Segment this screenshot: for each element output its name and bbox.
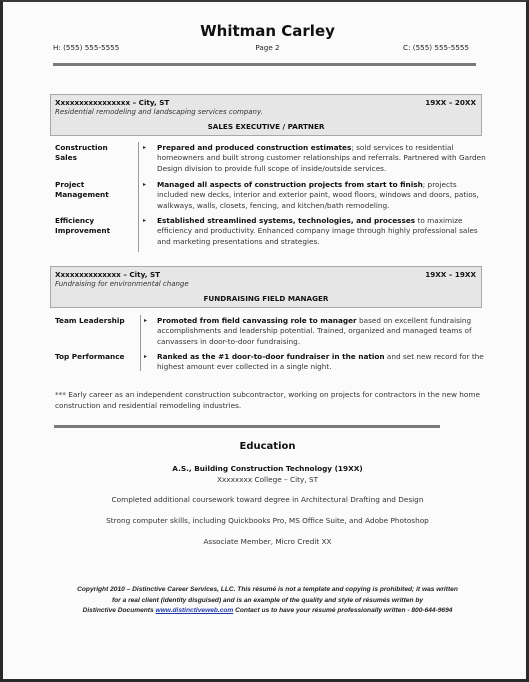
school: Xxxxxxxx College – City, ST (3, 475, 529, 484)
accomplishment-label: Construction Sales (55, 143, 135, 164)
bullet-arrow-icon: ▸ (143, 216, 146, 226)
footer-line: Copyright 2010 – Distinctive Career Serv… (3, 585, 529, 596)
bullet-arrow-icon: ▸ (143, 143, 146, 153)
employer: Xxxxxxxxxxxxxxxx – City, ST (55, 98, 169, 107)
job-header-sales-executive: Xxxxxxxxxxxxxxxx – City, ST 19XX – 20XX … (50, 94, 482, 136)
accomplishment-text: Ranked as the #1 door-to-door fundraiser… (157, 352, 487, 373)
accomplishment-label: Top Performance (55, 352, 145, 362)
job-title: FUNDRAISING FIELD MANAGER (51, 294, 481, 303)
early-career-note: *** Early career as an independent const… (55, 390, 485, 411)
job-dates: 19XX – 20XX (425, 98, 476, 107)
accomplishment-headline: Established streamlined systems, technol… (157, 216, 415, 225)
accomplishment-label: Team Leadership (55, 316, 145, 326)
accomplishment-label: Efficiency Improvement (55, 216, 135, 237)
footer-line: for a real client (identity disguised) a… (3, 596, 529, 607)
job-header-fundraising-manager: Xxxxxxxxxxxxxx – City, ST 19XX – 19XX Fu… (50, 266, 482, 308)
bullet-arrow-icon: ▸ (144, 316, 147, 326)
accomplishment-headline: Promoted from field canvassing role to m… (157, 316, 357, 325)
company-description: Fundraising for environmental change (55, 280, 189, 288)
section-divider-vertical (138, 142, 139, 252)
accomplishment-headline: Prepared and produced construction estim… (157, 143, 351, 152)
employer: Xxxxxxxxxxxxxx – City, ST (55, 270, 160, 279)
bullet-arrow-icon: ▸ (144, 352, 147, 362)
label-line: Improvement (55, 226, 135, 236)
accomplishment-text: Promoted from field canvassing role to m… (157, 316, 487, 347)
label-line: Project (55, 180, 135, 190)
cell-phone: C: (555) 555-5555 (403, 43, 469, 52)
job-title: SALES EXECUTIVE / PARTNER (51, 122, 481, 131)
label-line: Management (55, 190, 135, 200)
accomplishment-headline: Ranked as the #1 door-to-door fundraiser… (157, 352, 385, 361)
label-line: Sales (55, 153, 135, 163)
accomplishment-label: Project Management (55, 180, 135, 201)
accomplishment-text: Prepared and produced construction estim… (157, 143, 487, 174)
degree: A.S., Building Construction Technology (… (3, 464, 529, 473)
candidate-name: Whitman Carley (3, 22, 529, 40)
footer-text: Contact us to have your résumé professio… (233, 607, 452, 614)
education-heading: Education (3, 441, 529, 452)
accomplishment-text: Managed all aspects of construction proj… (157, 180, 487, 211)
job-dates: 19XX – 19XX (425, 270, 476, 279)
footer-line: Distinctive Documents www.distinctiveweb… (3, 606, 529, 617)
label-line: Efficiency (55, 216, 135, 226)
education-detail: Strong computer skills, including Quickb… (3, 516, 529, 525)
header-divider (53, 63, 476, 66)
bullet-arrow-icon: ▸ (143, 180, 146, 190)
education-detail: Completed additional coursework toward d… (3, 495, 529, 504)
copyright-footer: Copyright 2010 – Distinctive Career Serv… (3, 585, 529, 617)
education-divider (54, 425, 440, 428)
resume-page: Whitman Carley H: (555) 555-5555 Page 2 … (0, 0, 529, 682)
company-description: Residential remodeling and landscaping s… (55, 108, 263, 116)
label-line: Construction (55, 143, 135, 153)
education-detail: Associate Member, Micro Credit XX (3, 537, 529, 546)
website-link[interactable]: www.distinctiveweb.com (155, 607, 233, 614)
accomplishment-text: Established streamlined systems, technol… (157, 216, 487, 247)
footer-text: Distinctive Documents (83, 607, 156, 614)
accomplishment-headline: Managed all aspects of construction proj… (157, 180, 423, 189)
